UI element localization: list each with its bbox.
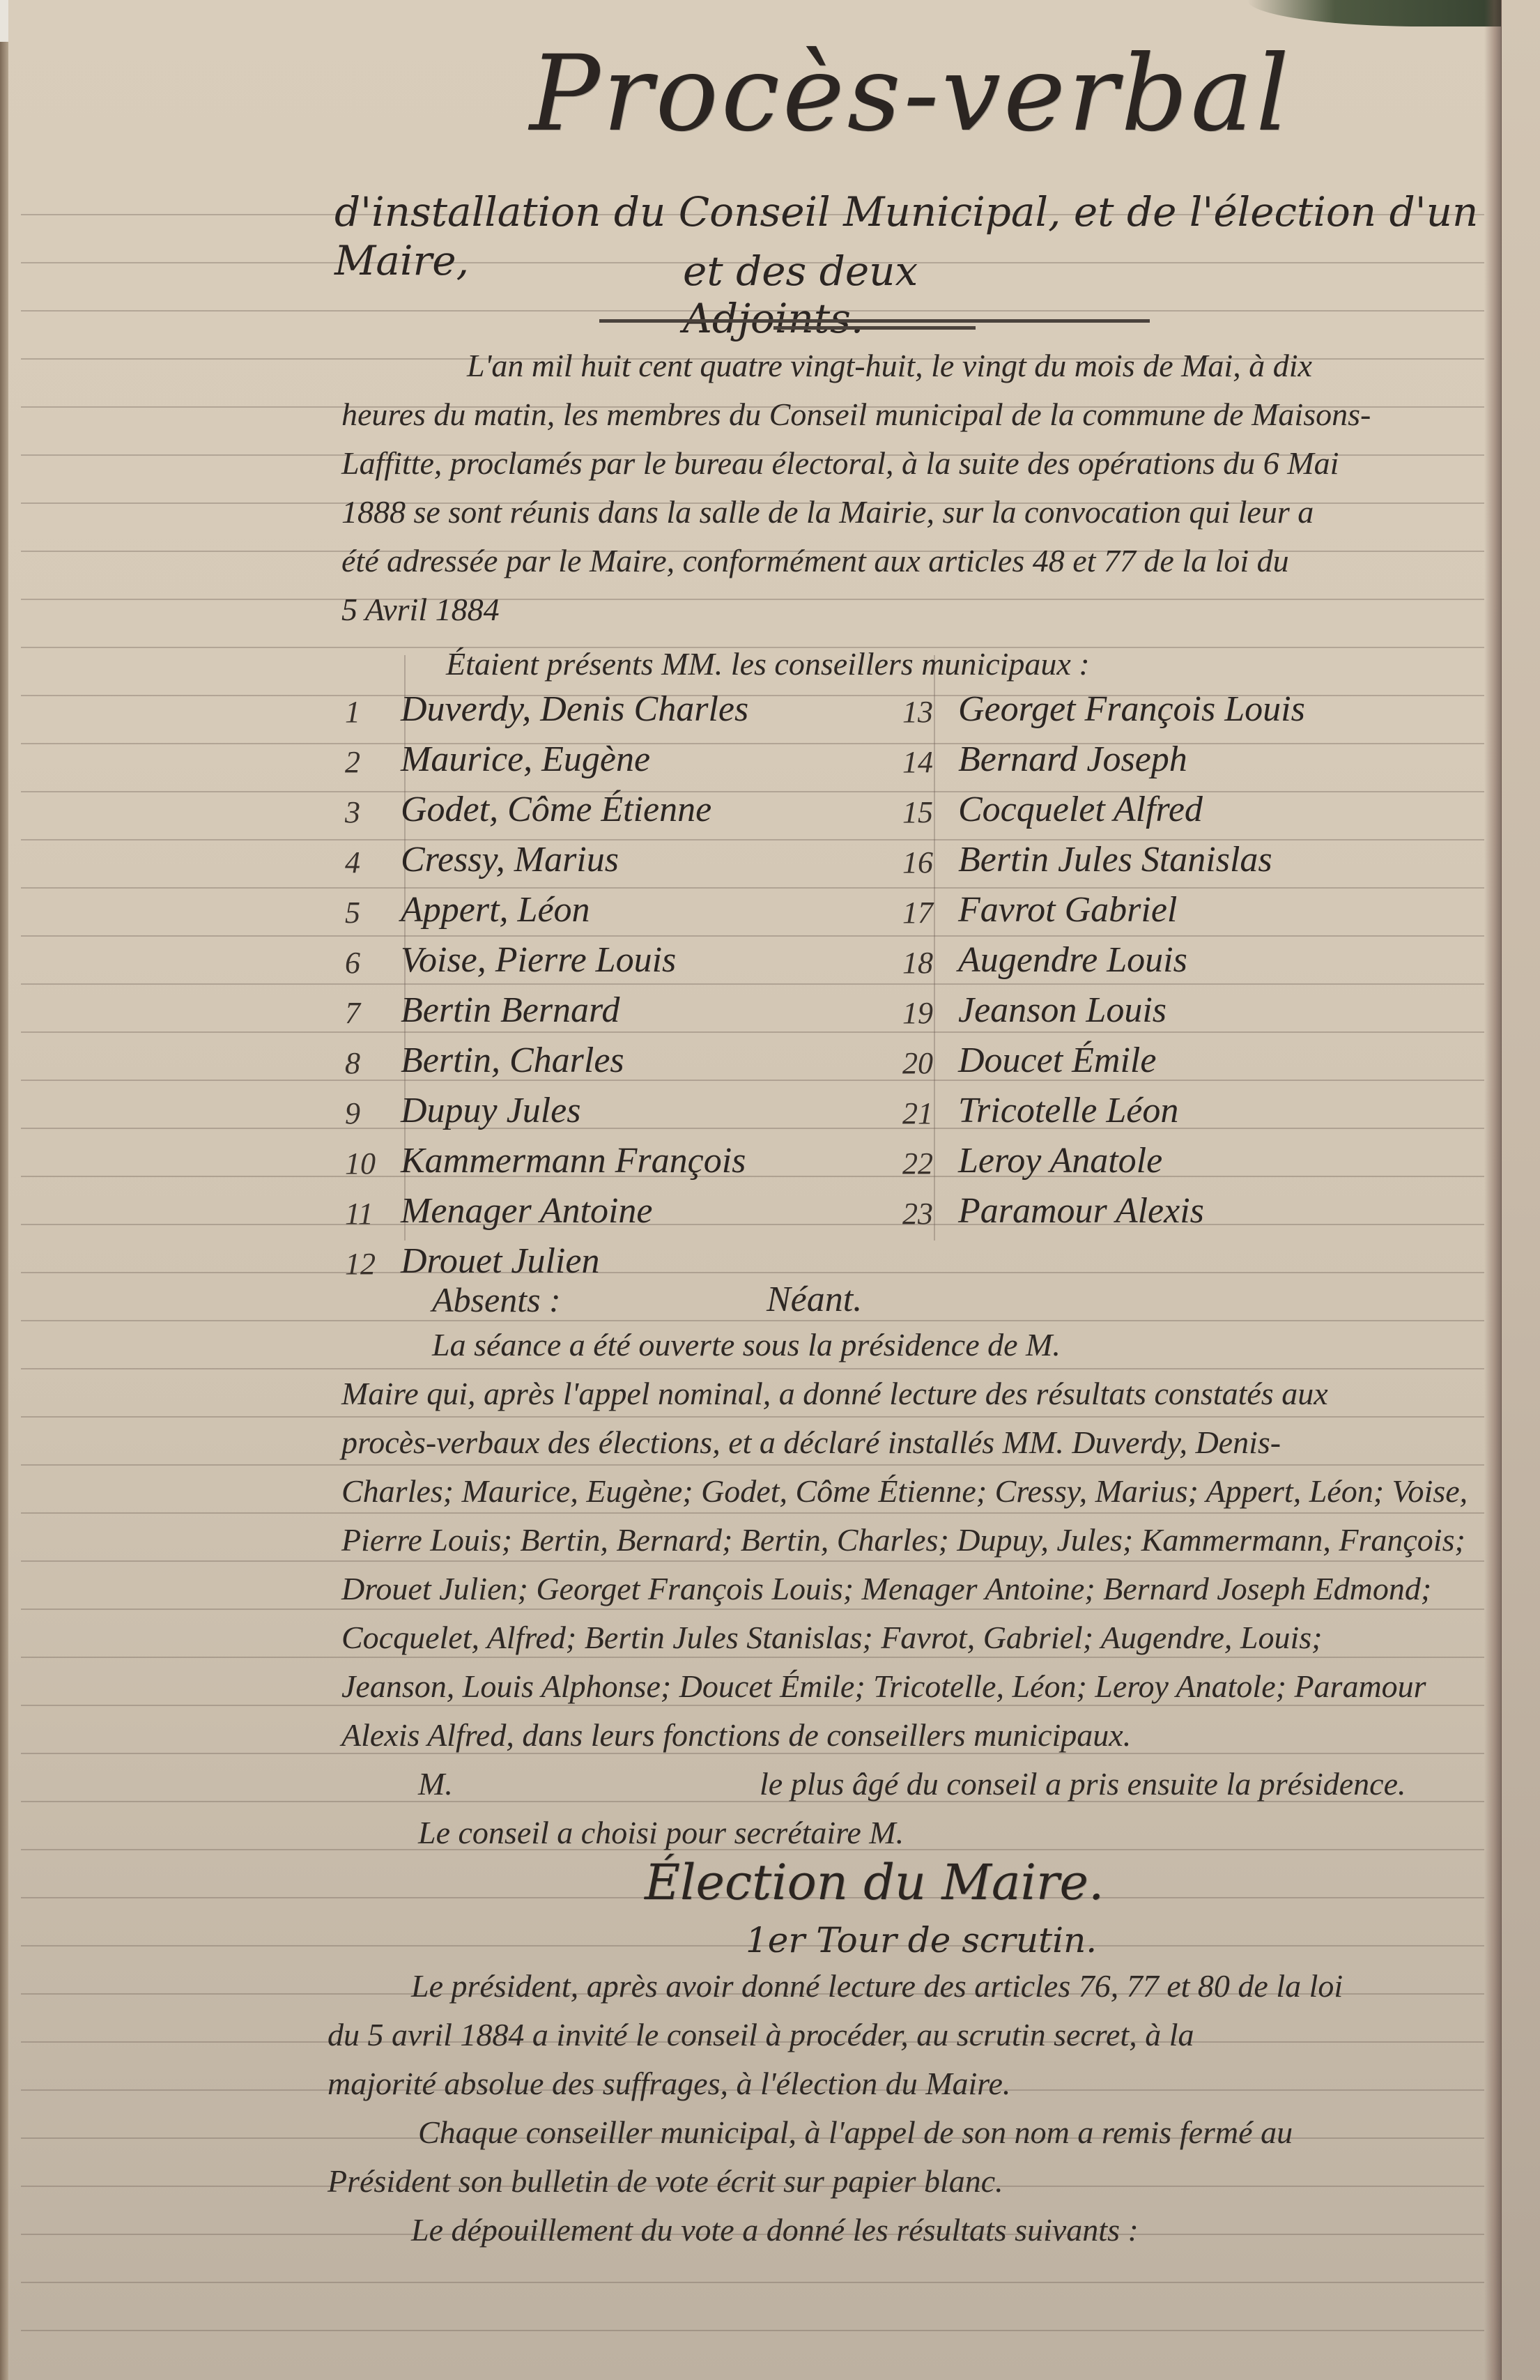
text-line: Président son bulletin de vote écrit sur…: [328, 2157, 1512, 2206]
text-line: Alexis Alfred, dans leurs fonctions de c…: [341, 1711, 1512, 1760]
title-underline-short: [773, 326, 976, 330]
item-number: 1: [345, 694, 401, 730]
councillor-name: Favrot Gabriel: [958, 889, 1177, 930]
ballot-paragraph: Chaque conseiller municipal, à l'appel d…: [328, 2108, 1512, 2206]
councillor-name: Bertin, Charles: [401, 1040, 624, 1081]
round-heading: 1er Tour de scrutin.: [746, 1920, 1097, 1960]
list-item: 6Voise, Pierre Louis: [345, 930, 916, 981]
text-line: Laffitte, proclamés par le bureau électo…: [341, 439, 1512, 488]
list-item: 22Leroy Anatole: [902, 1131, 1474, 1181]
text-line: été adressée par le Maire, conformément …: [341, 537, 1512, 585]
list-item: 12Drouet Julien: [345, 1231, 916, 1282]
text-line: La séance a été ouverte sous la présiden…: [341, 1321, 1512, 1369]
absents-value: Néant.: [767, 1275, 862, 1324]
councillor-name: Duverdy, Denis Charles: [401, 689, 748, 730]
register-page: Procès-verbal d'installation du Conseil …: [0, 0, 1540, 2380]
text-line: Cocquelet, Alfred; Bertin Jules Stanisla…: [341, 1613, 1512, 1662]
text-line: 5 Avril 1884: [341, 585, 1512, 634]
text-line: heures du matin, les membres du Conseil …: [341, 390, 1512, 439]
list-item: 18Augendre Louis: [902, 930, 1474, 981]
absents-label: Absents :: [432, 1275, 561, 1324]
item-number: 17: [902, 895, 958, 930]
list-item: 4Cressy, Marius: [345, 830, 916, 880]
list-item: 5Appert, Léon: [345, 880, 916, 930]
list-item: 14Bernard Joseph: [902, 730, 1474, 780]
councillor-name: Godet, Côme Étienne: [401, 789, 711, 830]
list-item: 10Kammermann François: [345, 1131, 916, 1181]
list-item: 21Tricotelle Léon: [902, 1081, 1474, 1131]
item-number: 22: [902, 1146, 958, 1181]
list-item: 8Bertin, Charles: [345, 1031, 916, 1081]
councillor-name: Augendre Louis: [958, 939, 1187, 981]
book-corner: [0, 0, 8, 42]
text-line: Jeanson, Louis Alphonse; Doucet Émile; T…: [341, 1662, 1512, 1711]
text-line: L'an mil huit cent quatre vingt-huit, le…: [341, 341, 1512, 390]
text-line: Charles; Maurice, Eugène; Godet, Côme Ét…: [341, 1467, 1512, 1516]
item-number: 23: [902, 1196, 958, 1231]
list-item: 1Duverdy, Denis Charles: [345, 680, 916, 730]
text-line: 1888 se sont réunis dans la salle de la …: [341, 488, 1512, 537]
councillor-name: Cressy, Marius: [401, 839, 619, 880]
text-line: Maire qui, après l'appel nominal, a donn…: [341, 1369, 1512, 1418]
opening-paragraph: L'an mil huit cent quatre vingt-huit, le…: [341, 341, 1512, 634]
councillors-list-left: 1Duverdy, Denis Charles 2Maurice, Eugène…: [345, 680, 916, 1282]
list-item: 19Jeanson Louis: [902, 981, 1474, 1031]
list-item: 7Bertin Bernard: [345, 981, 916, 1031]
item-number: 4: [345, 845, 401, 880]
list-item: 2Maurice, Eugène: [345, 730, 916, 780]
item-number: 10: [345, 1146, 401, 1181]
eldest-prefix: M.: [418, 1760, 453, 1809]
councillor-name: Paramour Alexis: [958, 1190, 1204, 1231]
item-number: 19: [902, 995, 958, 1031]
councillor-name: Appert, Léon: [401, 889, 590, 930]
title-underline: [599, 319, 1150, 323]
item-number: 18: [902, 945, 958, 981]
text-line: majorité absolue des suffrages, à l'élec…: [328, 2059, 1512, 2108]
councillor-name: Dupuy Jules: [401, 1090, 580, 1131]
list-item: 3Godet, Côme Étienne: [345, 780, 916, 830]
text-line: Le président, après avoir donné lecture …: [328, 1962, 1512, 2011]
eldest-line: le plus âgé du conseil a pris ensuite la…: [760, 1760, 1498, 1809]
item-number: 11: [345, 1196, 401, 1231]
election-paragraph: Le président, après avoir donné lecture …: [328, 1962, 1512, 2108]
list-item: 20Doucet Émile: [902, 1031, 1474, 1081]
item-number: 16: [902, 845, 958, 880]
councillor-name: Jeanson Louis: [958, 990, 1166, 1031]
text-line: du 5 avril 1884 a invité le conseil à pr…: [328, 2011, 1512, 2059]
list-item: 13Georget François Louis: [902, 680, 1474, 730]
item-number: 15: [902, 794, 958, 830]
list-item: 9Dupuy Jules: [345, 1081, 916, 1131]
councillors-list-right: 13Georget François Louis 14Bernard Josep…: [902, 680, 1474, 1231]
councillor-name: Voise, Pierre Louis: [401, 939, 676, 981]
book-left-edge: [0, 0, 8, 2380]
item-number: 8: [345, 1045, 401, 1081]
text-line: Drouet Julien; Georget François Louis; M…: [341, 1565, 1512, 1613]
item-number: 7: [345, 995, 401, 1031]
count-line: Le dépouillement du vote a donné les rés…: [411, 2206, 1498, 2255]
councillor-name: Bertin Bernard: [401, 990, 619, 1031]
councillor-name: Tricotelle Léon: [958, 1090, 1178, 1131]
councillor-name: Doucet Émile: [958, 1040, 1156, 1081]
councillor-name: Leroy Anatole: [958, 1140, 1162, 1181]
text-line: procès-verbaux des élections, et a décla…: [341, 1418, 1512, 1467]
item-number: 5: [345, 895, 401, 930]
list-item: 17Favrot Gabriel: [902, 880, 1474, 930]
item-number: 3: [345, 794, 401, 830]
text-line: Chaque conseiller municipal, à l'appel d…: [328, 2108, 1512, 2157]
secretary-line: Le conseil a choisi pour secrétaire M.: [418, 1809, 1463, 1857]
election-heading: Élection du Maire.: [645, 1854, 1104, 1911]
councillor-name: Cocquelet Alfred: [958, 789, 1203, 830]
item-number: 12: [345, 1246, 401, 1282]
list-item: 23Paramour Alexis: [902, 1181, 1474, 1231]
list-item: 15Cocquelet Alfred: [902, 780, 1474, 830]
item-number: 2: [345, 744, 401, 780]
item-number: 21: [902, 1096, 958, 1131]
councillor-name: Maurice, Eugène: [401, 739, 650, 780]
councillor-name: Menager Antoine: [401, 1190, 653, 1231]
document-title: Procès-verbal: [530, 42, 1366, 146]
councillor-name: Bertin Jules Stanislas: [958, 839, 1272, 880]
councillor-name: Georget François Louis: [958, 689, 1305, 730]
item-number: 14: [902, 744, 958, 780]
item-number: 6: [345, 945, 401, 981]
text-line: Pierre Louis; Bertin, Bernard; Bertin, C…: [341, 1516, 1512, 1565]
list-item: 11Menager Antoine: [345, 1181, 916, 1231]
session-paragraph: La séance a été ouverte sous la présiden…: [341, 1321, 1512, 1760]
list-item: 16Bertin Jules Stanislas: [902, 830, 1474, 880]
item-number: 13: [902, 694, 958, 730]
item-number: 9: [345, 1096, 401, 1131]
councillor-name: Kammermann François: [401, 1140, 746, 1181]
item-number: 20: [902, 1045, 958, 1081]
councillor-name: Bernard Joseph: [958, 739, 1187, 780]
